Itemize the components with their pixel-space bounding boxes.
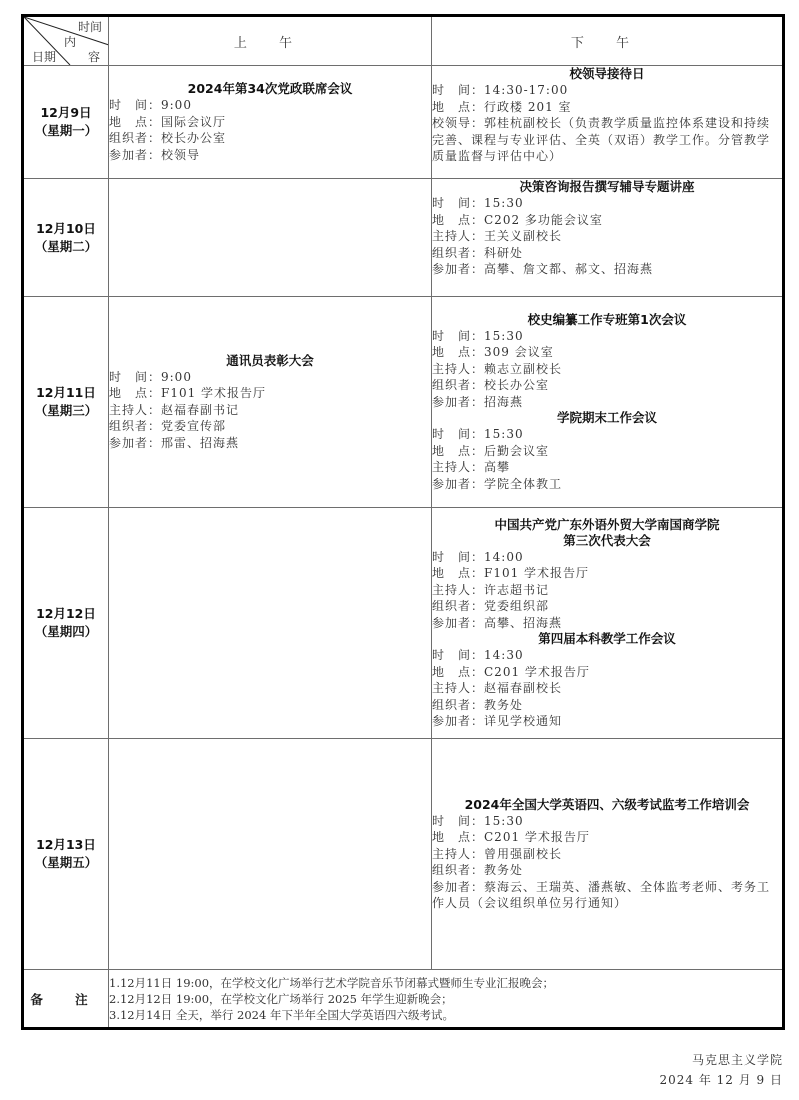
pm-cell: 2024年全国大学英语四、六级考试监考工作培训会时 间：15:30地 点：C20… bbox=[432, 739, 784, 970]
event-detail-line: 时 间：14:00 bbox=[432, 549, 782, 566]
am-cell bbox=[109, 508, 432, 739]
event: 第四届本科教学工作会议时 间：14:30地 点：C201 学术报告厅主持人：赵福… bbox=[432, 631, 782, 730]
event-title: 通讯员表彰大会 bbox=[109, 353, 431, 369]
event-detail-line: 组织者：党委组织部 bbox=[432, 598, 782, 615]
pm-cell: 校史编纂工作专班第1次会议时 间：15:30地 点：309 会议室主持人：赖志立… bbox=[432, 297, 784, 508]
event: 学院期末工作会议时 间：15:30地 点：后勤会议室主持人：高攀参加者：学院全体… bbox=[432, 410, 782, 492]
pm-cell: 中国共产党广东外语外贸大学南国商学院 第三次代表大会时 间：14:00地 点：F… bbox=[432, 508, 784, 739]
event-detail-line: 参加者：校领导 bbox=[109, 147, 431, 164]
event-detail-line: 主持人：许志超书记 bbox=[432, 582, 782, 599]
date-cell: 12月10日（星期二） bbox=[23, 179, 109, 297]
event-detail-line: 时 间：9:00 bbox=[109, 97, 431, 114]
event: 校史编纂工作专班第1次会议时 间：15:30地 点：309 会议室主持人：赖志立… bbox=[432, 312, 782, 411]
notes-content: 1.12月11日 19:00，在学校文化广场举行艺术学院音乐节闭幕式暨师生专业汇… bbox=[109, 970, 784, 1029]
event-detail-line: 参加者：高攀、詹文都、郝文、招海燕 bbox=[432, 261, 782, 278]
weekly-schedule-table: 时间 内 容 日期 上 午 下 午 12月9日（星期一）2024年第34次党政联… bbox=[21, 14, 785, 1030]
event-detail-line: 时 间：9:00 bbox=[109, 369, 431, 386]
event-detail-line: 参加者：高攀、招海燕 bbox=[432, 615, 782, 632]
event-detail-line: 组织者：校长办公室 bbox=[109, 130, 431, 147]
pm-cell: 决策咨询报告撰写辅导专题讲座时 间：15:30地 点：C202 多功能会议室主持… bbox=[432, 179, 784, 297]
event-detail-line: 参加者：学院全体教工 bbox=[432, 476, 782, 493]
event-detail-line: 地 点：C201 学术报告厅 bbox=[432, 664, 782, 681]
event-detail-line: 主持人：赖志立副校长 bbox=[432, 361, 782, 378]
corner-date-label: 日期 bbox=[32, 51, 56, 63]
am-cell: 通讯员表彰大会时 间：9:00地 点：F101 学术报告厅主持人：赵福春副书记组… bbox=[109, 297, 432, 508]
notes-label: 备 注 bbox=[23, 970, 109, 1029]
am-cell bbox=[109, 739, 432, 970]
date-cell: 12月11日（星期三） bbox=[23, 297, 109, 508]
date-cell: 12月9日（星期一） bbox=[23, 66, 109, 179]
event-detail-line: 地 点：行政楼 201 室 bbox=[432, 99, 782, 116]
event-detail-line: 参加者：详见学校通知 bbox=[432, 713, 782, 730]
day-row: 12月13日（星期五）2024年全国大学英语四、六级考试监考工作培训会时 间：1… bbox=[23, 739, 784, 970]
event: 决策咨询报告撰写辅导专题讲座时 间：15:30地 点：C202 多功能会议室主持… bbox=[432, 179, 782, 278]
event-detail-line: 地 点：F101 学术报告厅 bbox=[109, 385, 431, 402]
event-detail-line: 组织者：教务处 bbox=[432, 862, 782, 879]
am-cell: 2024年第34次党政联席会议时 间：9:00地 点：国际会议厅组织者：校长办公… bbox=[109, 66, 432, 179]
date-label: 12月9日 bbox=[24, 104, 108, 122]
event-detail-line: 主持人：赵福春副校长 bbox=[432, 680, 782, 697]
event-detail-line: 参加者：邢雷、招海燕 bbox=[109, 435, 431, 452]
header-am: 上 午 bbox=[109, 16, 432, 66]
event-title: 校领导接待日 bbox=[432, 66, 782, 82]
event-detail-line: 主持人：赵福春副书记 bbox=[109, 402, 431, 419]
date-label: 12月12日 bbox=[24, 605, 108, 623]
date-cell: 12月13日（星期五） bbox=[23, 739, 109, 970]
day-rows: 12月9日（星期一）2024年第34次党政联席会议时 间：9:00地 点：国际会… bbox=[23, 66, 784, 970]
event-detail-line: 地 点：后勤会议室 bbox=[432, 443, 782, 460]
pm-cell: 校领导接待日时 间：14:30-17:00地 点：行政楼 201 室校领导：郭桂… bbox=[432, 66, 784, 179]
event: 2024年第34次党政联席会议时 间：9:00地 点：国际会议厅组织者：校长办公… bbox=[109, 81, 431, 163]
event-detail-line: 地 点：C202 多功能会议室 bbox=[432, 212, 782, 229]
date-label: 12月13日 bbox=[24, 836, 108, 854]
date-label: 12月10日 bbox=[24, 220, 108, 238]
weekday-label: （星期四） bbox=[24, 623, 108, 641]
event: 校领导接待日时 间：14:30-17:00地 点：行政楼 201 室校领导：郭桂… bbox=[432, 66, 782, 165]
note-item: 3.12月14日 全天，举行 2024 年下半年全国大学英语四六级考试。 bbox=[109, 1007, 782, 1023]
event-detail-line: 主持人：王关义副校长 bbox=[432, 228, 782, 245]
event-detail-line: 地 点：F101 学术报告厅 bbox=[432, 565, 782, 582]
event-detail-line: 地 点：309 会议室 bbox=[432, 344, 782, 361]
event-detail-line: 组织者：党委宣传部 bbox=[109, 418, 431, 435]
event-detail-line: 组织者：科研处 bbox=[432, 245, 782, 262]
header-row: 时间 内 容 日期 上 午 下 午 bbox=[23, 16, 784, 66]
event-detail-line: 校领导：郭桂杭副校长（负责教学质量监控体系建设和持续完善、课程与专业评估、全英（… bbox=[432, 115, 782, 165]
event-detail-line: 组织者：校长办公室 bbox=[432, 377, 782, 394]
header-pm: 下 午 bbox=[432, 16, 784, 66]
event-detail-line: 时 间：15:30 bbox=[432, 426, 782, 443]
note-item: 2.12月12日 19:00，在学校文化广场举行 2025 年学生迎新晚会； bbox=[109, 991, 782, 1007]
event-detail-line: 主持人：高攀 bbox=[432, 459, 782, 476]
weekday-label: （星期一） bbox=[24, 122, 108, 140]
event-title: 决策咨询报告撰写辅导专题讲座 bbox=[432, 179, 782, 195]
event-detail-line: 时 间：15:30 bbox=[432, 195, 782, 212]
event-title: 中国共产党广东外语外贸大学南国商学院 第三次代表大会 bbox=[432, 517, 782, 549]
event-detail-line: 组织者：教务处 bbox=[432, 697, 782, 714]
event-detail-line: 地 点：C201 学术报告厅 bbox=[432, 829, 782, 846]
event-title: 学院期末工作会议 bbox=[432, 410, 782, 426]
event-detail-line: 参加者：招海燕 bbox=[432, 394, 782, 411]
event-title: 2024年第34次党政联席会议 bbox=[109, 81, 431, 97]
event: 2024年全国大学英语四、六级考试监考工作培训会时 间：15:30地 点：C20… bbox=[432, 797, 782, 912]
day-row: 12月12日（星期四）中国共产党广东外语外贸大学南国商学院 第三次代表大会时 间… bbox=[23, 508, 784, 739]
weekday-label: （星期二） bbox=[24, 238, 108, 256]
signature-block: 马克思主义学院 2024 年 12 月 9 日 bbox=[659, 1050, 783, 1090]
event-detail-line: 地 点：国际会议厅 bbox=[109, 114, 431, 131]
event: 中国共产党广东外语外贸大学南国商学院 第三次代表大会时 间：14:00地 点：F… bbox=[432, 517, 782, 632]
corner-content-bottom-label: 容 bbox=[88, 51, 100, 63]
note-item: 1.12月11日 19:00，在学校文化广场举行艺术学院音乐节闭幕式暨师生专业汇… bbox=[109, 975, 782, 991]
event-detail-line: 时 间：15:30 bbox=[432, 328, 782, 345]
event-detail-line: 参加者：蔡海云、王瑞英、潘燕敏、全体监考老师、考务工作人员（会议组织单位另行通知… bbox=[432, 879, 782, 912]
date-label: 12月11日 bbox=[24, 384, 108, 402]
event-detail-line: 主持人：曾用强副校长 bbox=[432, 846, 782, 863]
event: 通讯员表彰大会时 间：9:00地 点：F101 学术报告厅主持人：赵福春副书记组… bbox=[109, 353, 431, 452]
weekday-label: （星期三） bbox=[24, 402, 108, 420]
weekday-label: （星期五） bbox=[24, 854, 108, 872]
signature-org: 马克思主义学院 bbox=[659, 1050, 783, 1070]
day-row: 12月11日（星期三）通讯员表彰大会时 间：9:00地 点：F101 学术报告厅… bbox=[23, 297, 784, 508]
event-detail-line: 时 间：14:30 bbox=[432, 647, 782, 664]
corner-content-top-label: 内 bbox=[64, 36, 76, 48]
signature-date: 2024 年 12 月 9 日 bbox=[659, 1070, 783, 1090]
am-cell bbox=[109, 179, 432, 297]
day-row: 12月10日（星期二）决策咨询报告撰写辅导专题讲座时 间：15:30地 点：C2… bbox=[23, 179, 784, 297]
event-detail-line: 时 间：14:30-17:00 bbox=[432, 82, 782, 99]
date-cell: 12月12日（星期四） bbox=[23, 508, 109, 739]
corner-time-label: 时间 bbox=[78, 21, 102, 33]
event-title: 2024年全国大学英语四、六级考试监考工作培训会 bbox=[432, 797, 782, 813]
event-detail-line: 时 间：15:30 bbox=[432, 813, 782, 830]
header-corner-cell: 时间 内 容 日期 bbox=[23, 16, 109, 66]
day-row: 12月9日（星期一）2024年第34次党政联席会议时 间：9:00地 点：国际会… bbox=[23, 66, 784, 179]
event-title: 校史编纂工作专班第1次会议 bbox=[432, 312, 782, 328]
notes-row: 备 注 1.12月11日 19:00，在学校文化广场举行艺术学院音乐节闭幕式暨师… bbox=[23, 970, 784, 1029]
event-title: 第四届本科教学工作会议 bbox=[432, 631, 782, 647]
